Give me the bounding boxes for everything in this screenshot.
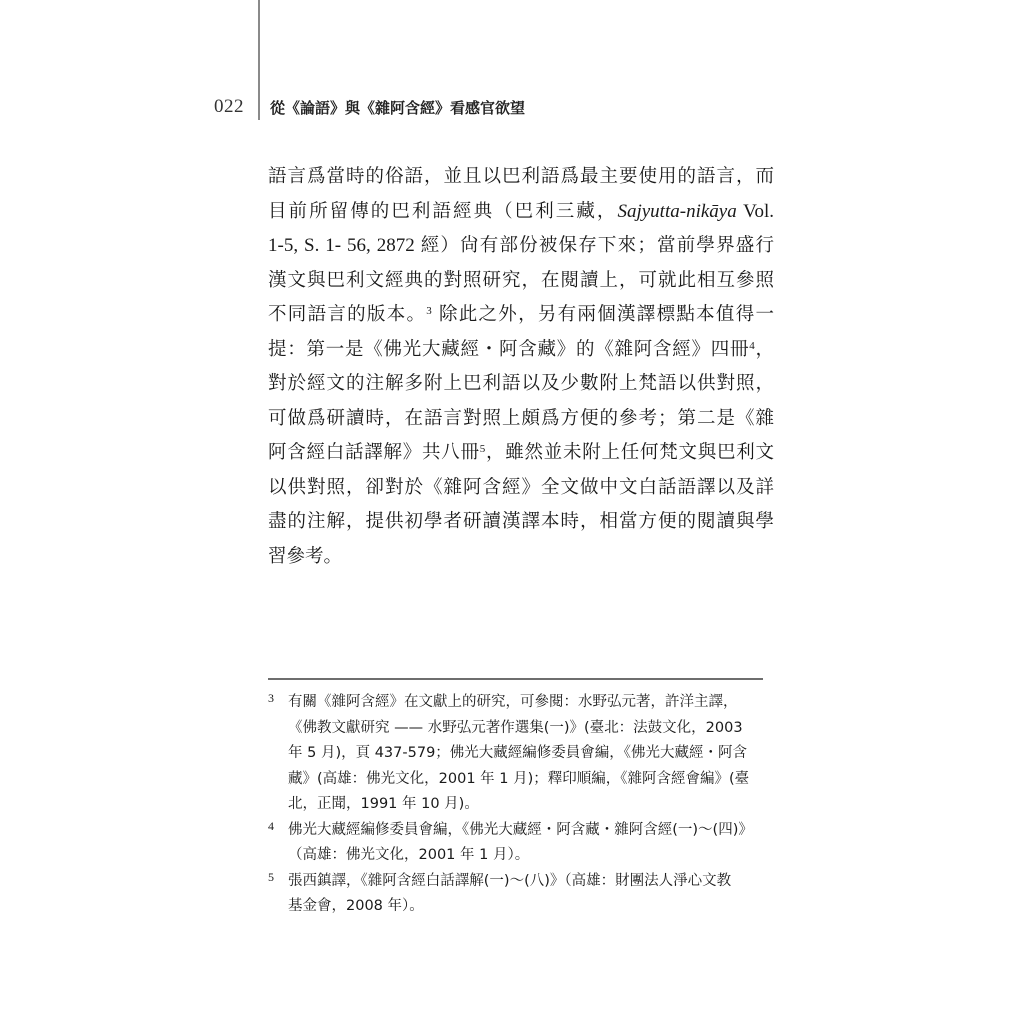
body-line: 可做爲研讀時，在語言對照上頗爲方便的參考；第二是《雜 xyxy=(268,402,774,437)
body-line-text: Vol. xyxy=(737,201,774,222)
body-line: 目前所留傳的巴利語經典（巴利三藏，Sajyutta-nikāya Vol. xyxy=(268,195,774,230)
body-line: 語言爲當時的俗語，並且以巴利語爲最主要使用的語言，而 xyxy=(268,160,774,195)
body-line-text: ，雖然並未附上任何梵文與巴利文 xyxy=(485,442,774,463)
footnote-line: 北，正聞，1991 年 10 月)。 xyxy=(288,792,778,818)
footnote-ref-3[interactable]: 3 xyxy=(426,305,432,317)
footnote-separator xyxy=(268,678,763,680)
body-line-text: 除此之外，另有兩個漢譯標點本值得一 xyxy=(432,304,774,325)
body-line: 1-5, S. 1- 56, 2872 經）尙有部份被保存下來；當前學界盛行 xyxy=(268,229,774,264)
footnote-number: 5 xyxy=(268,865,274,891)
body-line: 不同語言的版本。3 除此之外，另有兩個漢譯標點本值得一 xyxy=(268,298,774,333)
body-line: 對於經文的注解多附上巴利語以及少數附上梵語以供對照， xyxy=(268,367,774,402)
footnote-line: 《佛教文獻研究 —— 水野弘元著作選集(一)》(臺北：法鼓文化，2003 xyxy=(288,716,778,742)
body-text: 語言爲當時的俗語，並且以巴利語爲最主要使用的語言，而 目前所留傳的巴利語經典（巴… xyxy=(268,160,774,574)
footnotes: 3 有關《雜阿含經》在文獻上的研究，可參閱：水野弘元著，許洋主譯， 《佛教文獻研… xyxy=(268,690,778,920)
body-line: 習參考。 xyxy=(268,540,774,575)
body-line: 漢文與巴利文經典的對照研究，在閱讀上，可就此相互參照 xyxy=(268,264,774,299)
body-line-text: 經）尙有部份被保存下來；當前學界盛行 xyxy=(421,235,774,256)
footnote-4: 4 佛光大藏經編修委員會編，《佛光大藏經・阿含藏・雜阿含經(一)～(四)》 （高… xyxy=(268,818,778,869)
body-line-text: ， xyxy=(755,339,774,360)
footnote-line: 年 5 月)，頁 437-579；佛光大藏經編修委員會編，《佛光大藏經・阿含 xyxy=(288,741,778,767)
body-line: 以供對照，卻對於《雜阿含經》全文做中文白話語譯以及詳 xyxy=(268,471,774,506)
footnote-line: 張西鎮譯，《雜阿含經白話譯解(一)～(八)》（高雄：財團法人淨心文教 xyxy=(288,869,778,895)
footnote-line: 佛光大藏經編修委員會編，《佛光大藏經・阿含藏・雜阿含經(一)～(四)》 xyxy=(288,818,778,844)
body-line-text: 不同語言的版本。 xyxy=(268,304,426,325)
footnote-3: 3 有關《雜阿含經》在文獻上的研究，可參閱：水野弘元著，許洋主譯， 《佛教文獻研… xyxy=(268,690,778,818)
pali-title: Sajyutta-nikāya xyxy=(617,201,736,222)
header-vertical-rule xyxy=(258,0,260,120)
body-line-text: 提：第一是《佛光大藏經・阿含藏》的《雜阿含經》四冊 xyxy=(268,339,749,360)
body-line-text: 目前所留傳的巴利語經典（巴利三藏， xyxy=(268,201,617,222)
body-paragraph: 語言爲當時的俗語，並且以巴利語爲最主要使用的語言，而 目前所留傳的巴利語經典（巴… xyxy=(268,160,774,574)
footnote-line: 有關《雜阿含經》在文獻上的研究，可參閱：水野弘元著，許洋主譯， xyxy=(288,690,778,716)
footnote-line: 基金會，2008 年）。 xyxy=(288,894,778,920)
footnote-number: 4 xyxy=(268,814,274,840)
running-title: 從《論語》與《雜阿含經》看感官欲望 xyxy=(270,97,525,118)
body-line-text: 阿含經白話譯解》共八冊 xyxy=(268,442,480,463)
footnote-ref-5[interactable]: 5 xyxy=(480,443,486,455)
citation-range: 1-5, S. 1- 56, 2872 xyxy=(268,235,421,256)
footnote-line: 藏》(高雄：佛光文化，2001 年 1 月)；釋印順編，《雜阿含經會編》(臺 xyxy=(288,767,778,793)
footnote-line: （高雄：佛光文化，2001 年 1 月）。 xyxy=(288,843,778,869)
body-line: 阿含經白話譯解》共八冊5，雖然並未附上任何梵文與巴利文 xyxy=(268,436,774,471)
footnote-5: 5 張西鎮譯，《雜阿含經白話譯解(一)～(八)》（高雄：財團法人淨心文教 基金會… xyxy=(268,869,778,920)
page-number: 022 xyxy=(214,96,244,118)
body-line: 盡的注解，提供初學者研讀漢譯本時，相當方便的閱讀與學 xyxy=(268,505,774,540)
footnote-ref-4[interactable]: 4 xyxy=(749,340,755,352)
footnote-number: 3 xyxy=(268,686,274,712)
body-line: 提：第一是《佛光大藏經・阿含藏》的《雜阿含經》四冊4， xyxy=(268,333,774,368)
